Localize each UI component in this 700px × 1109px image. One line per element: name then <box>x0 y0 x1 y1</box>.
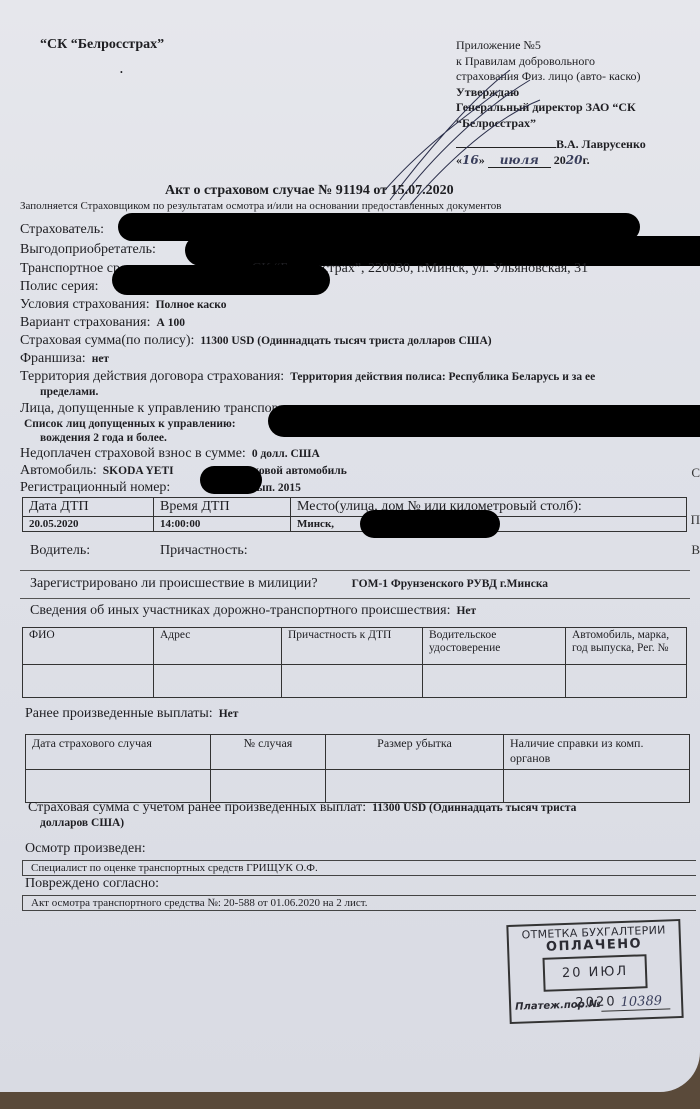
field-value: Полное каско <box>156 299 227 311</box>
participants-row: Сведения об иных участниках дорожно-тран… <box>30 603 476 619</box>
field-label: Зарегистрировано ли происшествие в милиц… <box>30 576 318 591</box>
sum-row: Страховая сумма(по полису):11300 USD (Од… <box>20 333 492 349</box>
divider <box>20 598 690 599</box>
field-value: 0 долл. США <box>252 448 320 460</box>
table-cell <box>326 770 504 803</box>
field-value: 11300 USD (Одиннадцать тысяч триста <box>372 802 576 814</box>
page-edge-fragment: В <box>691 542 700 558</box>
speck: • <box>120 68 123 77</box>
table-cell <box>423 665 566 698</box>
field-label: Вариант страхования: <box>20 315 151 330</box>
field-label: Автомобиль: <box>20 463 97 478</box>
payment-label: Платеж.пор.№ <box>515 999 601 1013</box>
deductible-row: Франшиза:нет <box>20 351 109 367</box>
car-row: Автомобиль:SKODA YETIЛегковой автомобиль <box>20 463 347 479</box>
table-cell: 20.05.2020 <box>23 517 154 532</box>
field-label: Условия страхования: <box>20 297 150 312</box>
damage-label: Повреждено согласно: <box>25 876 159 892</box>
territory-row: Территория действия договора страхования… <box>20 369 595 385</box>
police-row: Зарегистрировано ли происшествие в милиц… <box>30 576 548 592</box>
table-header: Адрес <box>154 628 282 665</box>
field-label: Страховая сумма с учетом ранее произведе… <box>28 800 366 815</box>
page-edge-fragment: П <box>691 512 700 528</box>
field-value: Нет <box>219 708 239 720</box>
field-label: Выгодоприобретатель: <box>20 242 156 257</box>
field-value: Нет <box>456 605 476 617</box>
driver-label: Водитель: <box>30 543 90 559</box>
table-header: Водительское удостоверение <box>423 628 566 665</box>
table-cell <box>154 665 282 698</box>
accounting-stamp: ОТМЕТКА БУХГАЛТЕРИИ ОПЛАЧЕНО 20 ИЮЛ 2020… <box>506 919 683 1024</box>
company-name: “СК “Белросстрах” <box>40 37 164 53</box>
date-year-prefix: 20 <box>554 153 566 167</box>
accident-table: Дата ДТП Время ДТП Место(улица, дом № ил… <box>22 497 687 532</box>
unpaid-row: Недоплачен страховой взнос в сумме:0 дол… <box>20 446 320 462</box>
document-title: Акт о страховом случае № 91194 от 15.07.… <box>165 183 454 199</box>
table-header: Причастность к ДТП <box>282 628 423 665</box>
involvement-label: Причастность: <box>160 543 248 559</box>
policy-row: Полис серия: <box>20 279 99 295</box>
prior-payments-row: Ранее произведенные выплаты:Нет <box>25 706 238 722</box>
redaction <box>360 510 500 538</box>
table-header: Дата ДТП <box>23 498 154 517</box>
field-label: Страховая сумма(по полису): <box>20 333 194 348</box>
field-value: нет <box>92 353 109 365</box>
table-header: Наличие справки из комп. органов <box>504 735 690 770</box>
divider <box>20 570 690 571</box>
insured-row: Страхователь: <box>20 222 104 238</box>
conditions-row: Условия страхования:Полное каско <box>20 297 227 313</box>
damage-value: Акт осмотра транспортного средства №: 20… <box>22 895 696 911</box>
inspection-value: Специалист по оценке транспортных средст… <box>22 860 696 876</box>
field-label: Ранее произведенные выплаты: <box>25 706 213 721</box>
field-label: Франшиза: <box>20 351 86 366</box>
territory-continued: пределами. <box>40 386 98 398</box>
payment-number: 10389 <box>600 993 670 1011</box>
stamp-payment: Платеж.пор.№10389 <box>515 993 681 1014</box>
field-label: Недоплачен страховой взнос в сумме: <box>20 446 246 461</box>
redaction <box>112 265 330 295</box>
document-subtitle: Заполняется Страховщиком по результатам … <box>20 200 502 212</box>
table-header: Время ДТП <box>154 498 291 517</box>
table-header: Дата страхового случая <box>26 735 211 770</box>
field-value: ГОМ-1 Фрунзенского РУВД г.Минска <box>352 578 548 590</box>
table-cell <box>26 770 211 803</box>
field-value: 11300 USD (Одиннадцать тысяч триста долл… <box>200 335 491 347</box>
field-label: Полис серия: <box>20 279 99 294</box>
beneficiary-row: Выгодоприобретатель: <box>20 242 156 258</box>
redaction <box>200 466 262 494</box>
field-label: Территория действия договора страхования… <box>20 369 284 384</box>
prior-payments-table: Дата страхового случая № случая Размер у… <box>25 734 690 803</box>
table-cell <box>504 770 690 803</box>
remaining-sum-continued: долларов США) <box>40 817 124 829</box>
approval-line: Приложение №5 <box>456 38 646 54</box>
table-cell <box>282 665 423 698</box>
table-cell: 14:00:00 <box>154 517 291 532</box>
variant-row: Вариант страхования:А 100 <box>20 315 185 331</box>
page-edge-fragment: С <box>691 465 700 481</box>
drivers-list-continued: вождения 2 года и более. <box>40 432 167 444</box>
inspection-label: Осмотр произведен: <box>25 841 146 857</box>
date-suffix: г. <box>582 153 589 167</box>
document-page: “СК “Белросстрах” • Приложение №5 к Прав… <box>0 0 700 1092</box>
table-header: Автомобиль, марка, год выпуска, Рег. № <box>566 628 687 665</box>
signer-name: В.А. Лаврусенко <box>556 137 646 151</box>
table-header: № случая <box>211 735 326 770</box>
drivers-list-label: Список лиц допущенных к управлению: <box>24 418 236 430</box>
field-label: Сведения об иных участниках дорожно-тран… <box>30 603 450 618</box>
field-value: А 100 <box>157 317 185 329</box>
car-model: SKODA YETI <box>103 465 174 477</box>
field-label: Регистрационный номер: <box>20 480 170 495</box>
table-cell <box>211 770 326 803</box>
date-year-suffix: 20 <box>566 153 583 167</box>
redaction <box>268 405 700 437</box>
field-value: Территория действия полиса: Республика Б… <box>290 371 595 383</box>
table-cell <box>566 665 687 698</box>
table-cell <box>23 665 154 698</box>
remaining-sum-row: Страховая сумма с учетом ранее произведе… <box>28 800 576 816</box>
table-header: ФИО <box>23 628 154 665</box>
table-header: Размер убытка <box>326 735 504 770</box>
field-label: Страхователь: <box>20 222 104 237</box>
stamp-date: 20 ИЮЛ 2020 <box>542 954 647 992</box>
participants-table: ФИО Адрес Причастность к ДТП Водительско… <box>22 627 687 698</box>
